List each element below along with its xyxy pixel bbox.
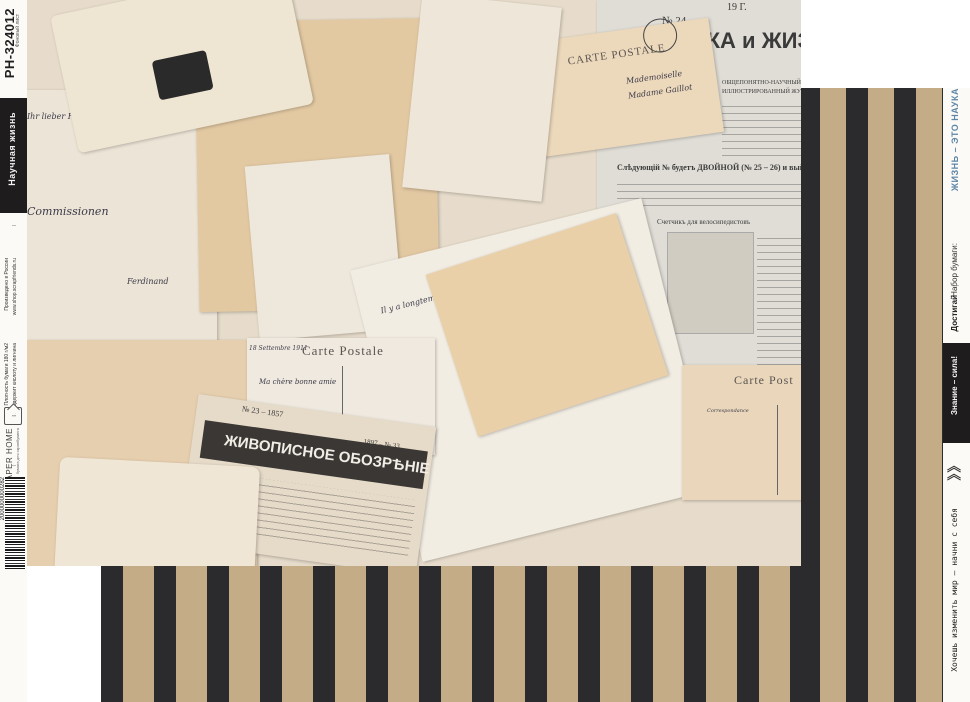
website-text: www.shop.scrapfriends.ru xyxy=(12,258,18,315)
striped-paper-right xyxy=(798,88,943,702)
density-text: Плотность бумаги 180 г/м2 xyxy=(4,343,10,405)
postcard-date: 18 Settembre 1911 xyxy=(249,342,308,355)
bicycle-counter-illustration xyxy=(667,232,754,334)
collection-name: Научная жизнь xyxy=(7,112,17,186)
handwriting: Ferdinand xyxy=(127,275,169,288)
newspaper-issue: № 23 – 1857 xyxy=(241,404,283,419)
collage-paper: Ihr lieber Freund Rudolf Commissionen Fe… xyxy=(27,0,801,566)
striped-paper-bottom xyxy=(101,566,801,702)
newspaper-subtitle: ОБЩЕПОНЯТНО-НАУЧНЫЙ xyxy=(722,80,801,86)
handwriting: Ma chère bonne amie xyxy=(259,376,336,389)
barcode-icon xyxy=(5,477,25,569)
quote-text: Хочешь изменить мир – начни с себя xyxy=(950,508,959,672)
dots-divider: ...... xyxy=(0,222,27,228)
postcard-carte-postale-3: Carte Post Correspondance xyxy=(682,365,801,500)
house-logo-icon xyxy=(4,407,22,425)
typewriter-icon xyxy=(152,50,214,101)
newspaper-columns xyxy=(617,178,801,208)
slogan-knowledge: Знание – сила! xyxy=(950,356,959,415)
barcode-number: 2000000000282 xyxy=(0,477,6,520)
newspaper-columns xyxy=(722,100,801,160)
newspaper-headline: Слѣдующій № будетъ ДВОЙНОЙ (№ 25 – 26) и… xyxy=(617,163,801,172)
slogan-strive: Достигай xyxy=(950,295,959,332)
newspaper-subtitle: ИЛЛЮСТРИРОВАННЫЙ ЖУРНАЛ xyxy=(722,89,801,95)
sku-caption: Фоновый лист xyxy=(15,14,21,47)
set-name: ЖИЗНЬ – ЭТО НАУКА xyxy=(950,88,960,191)
set-label: Набор бумаги: xyxy=(950,243,959,297)
postcard-divider xyxy=(777,405,778,495)
postcard-title: Carte Postale xyxy=(302,343,384,359)
newspaper-page: 19 Г. xyxy=(727,2,747,13)
postcard-title: Carte Post xyxy=(734,373,794,388)
made-in-text: Произведено в России xyxy=(4,258,10,311)
postcard-label: Correspondance xyxy=(707,405,749,418)
handwriting: Commissionen xyxy=(27,205,109,218)
newspaper-section: Счетчикъ для велосипедистовъ xyxy=(657,218,750,226)
letter-top-center xyxy=(402,0,562,202)
blank-photo-card xyxy=(54,457,260,566)
dots-divider: ...... xyxy=(0,462,27,468)
newspaper-columns xyxy=(757,232,801,372)
newspaper-columns xyxy=(239,477,416,560)
dots-divider: ...... xyxy=(943,282,970,288)
chevron-icon: ︽︽ xyxy=(947,462,961,478)
